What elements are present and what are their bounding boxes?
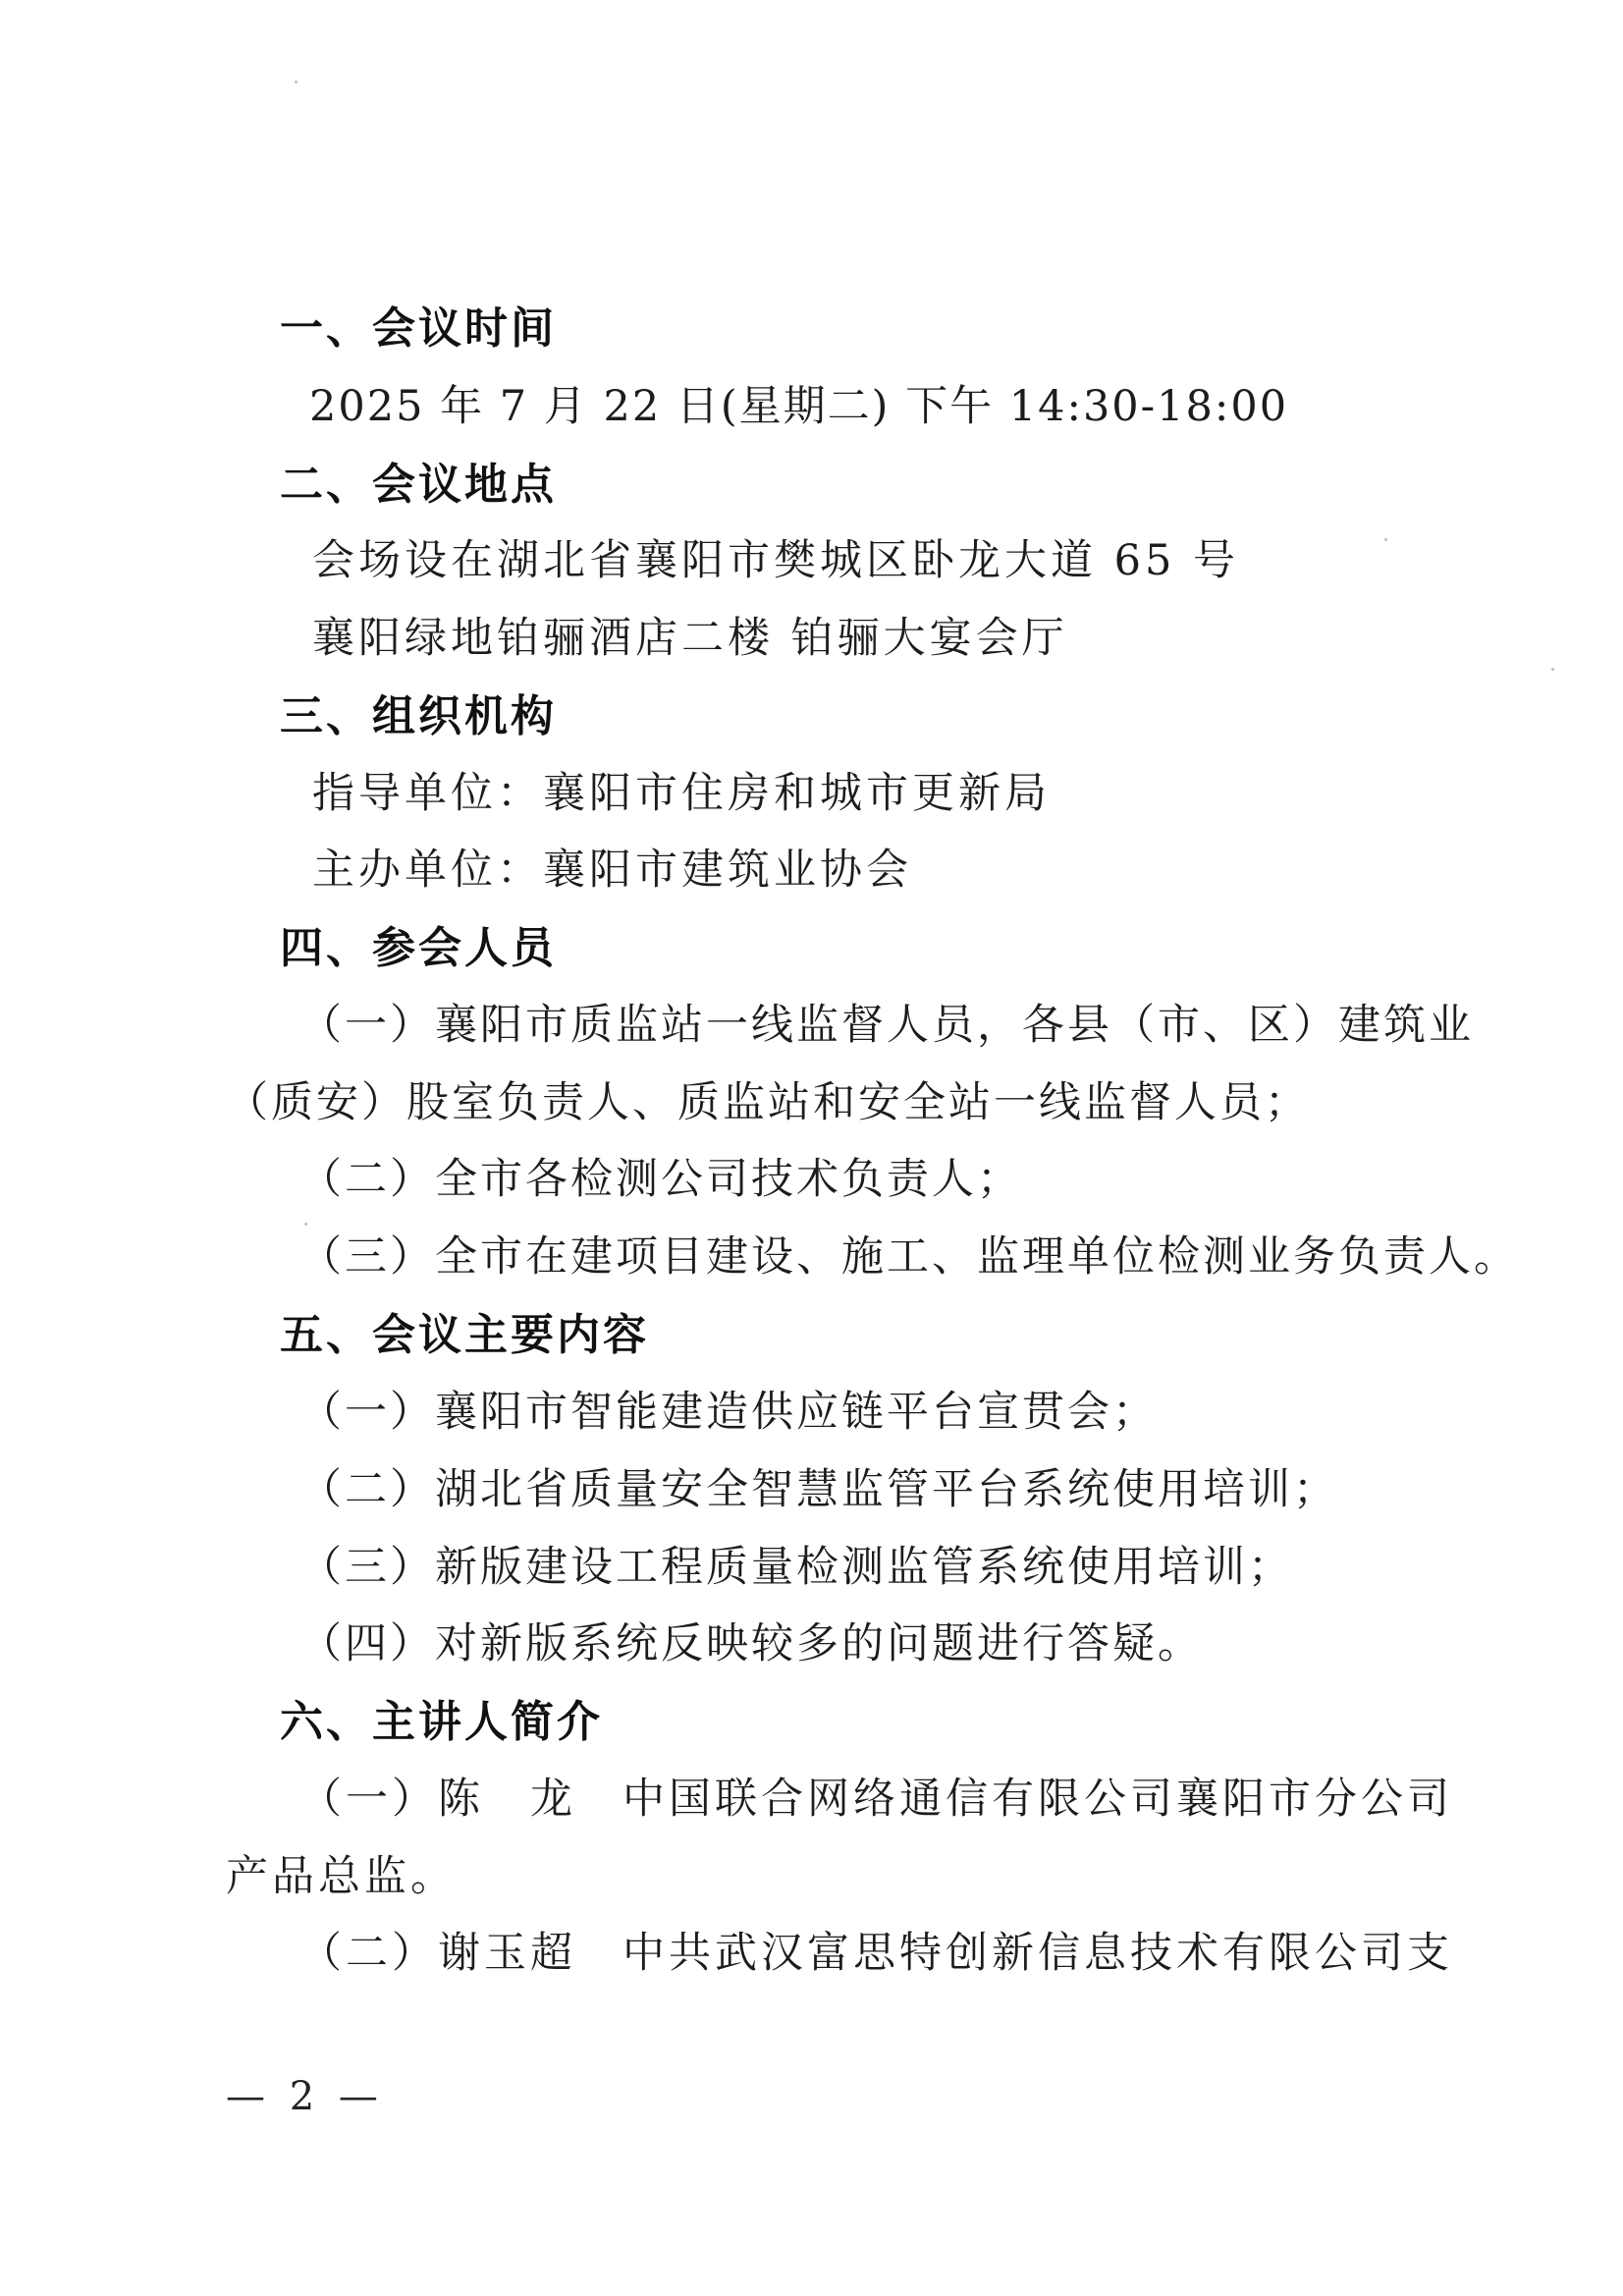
section-heading-organizers: 三、组织机构 (280, 695, 557, 738)
content-item-1: （一）襄阳市智能建造供应链平台宣贯会； (299, 1392, 1158, 1434)
attendees-item-1-line-2: （质安）股室负责人、质监站和安全站一线监督人员； (226, 1082, 1310, 1124)
speaker-1-line-2: 产品总监。 (226, 1856, 457, 1898)
speaker-1-line-1: （一）陈 龙 中国联合网络通信有限公司襄阳市分公司 (299, 1778, 1453, 1821)
attendees-item-1-line-1: （一）襄阳市质监站一线监督人员，各县（市、区）建筑业 (299, 1005, 1474, 1047)
page-number: — 2 — (226, 2074, 384, 2119)
content-item-4: （四）对新版系统反映较多的问题进行答疑。 (299, 1623, 1203, 1666)
scan-speck (1551, 668, 1554, 671)
host-unit-line: 主办单位：襄阳市建筑业协会 (312, 849, 912, 892)
section-heading-speakers: 六、主讲人简介 (280, 1701, 603, 1744)
speaker-2-line-1: （二）谢玉超 中共武汉富思特创新信息技术有限公司支 (299, 1933, 1453, 1975)
venue-hall-line: 襄阳绿地铂骊酒店二楼 铂骊大宴会厅 (312, 618, 1068, 660)
section-heading-meeting-time: 一、会议时间 (280, 307, 557, 351)
section-heading-main-content: 五、会议主要内容 (280, 1314, 649, 1357)
section-heading-meeting-venue: 二、会议地点 (280, 464, 557, 507)
scan-speck (295, 81, 298, 83)
meeting-time-text: 2025 年 7 月 22 日(星期二) 下午 14:30-18:00 (309, 386, 1288, 428)
scan-speck (1384, 538, 1387, 541)
attendees-item-2: （二）全市各检测公司技术负责人； (299, 1159, 1022, 1201)
guiding-unit-line: 指导单位：襄阳市住房和城市更新局 (312, 773, 1051, 815)
venue-address-line: 会场设在湖北省襄阳市樊城区卧龙大道 65 号 (312, 540, 1239, 582)
content-item-3: （三）新版建设工程质量检测监管系统使用培训； (299, 1547, 1293, 1589)
attendees-item-3: （三）全市在建项目建设、施工、监理单位检测业务负责人。 (299, 1236, 1519, 1279)
section-heading-attendees: 四、参会人员 (280, 927, 557, 970)
content-item-2: （二）湖北省质量安全智慧监管平台系统使用培训； (299, 1469, 1338, 1511)
scan-speck (304, 1223, 307, 1226)
